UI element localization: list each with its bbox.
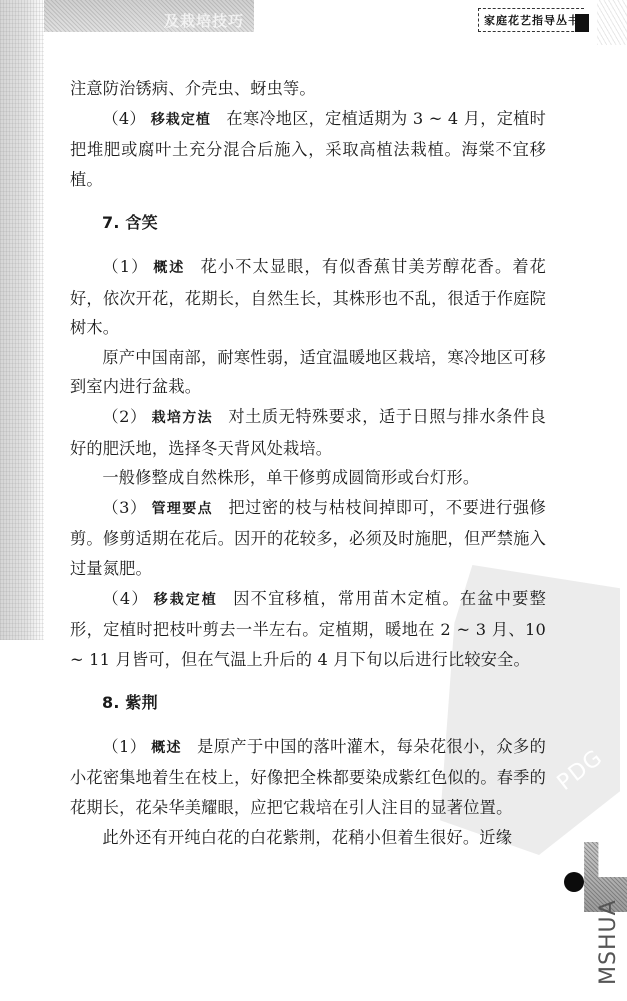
scan-noise (597, 0, 627, 45)
item-label: 栽培方法 (152, 410, 213, 426)
paragraph-transplant: （4）移栽定植因不宜移植，常用苗木定植。在盆中要整形，定植时把枝叶剪去一半左右。… (70, 584, 546, 675)
continuation-paragraph: 注意防治锈病、介壳虫、蚜虫等。 (70, 74, 546, 104)
page-corner-dot-icon (564, 872, 584, 892)
chapter-header-band: 及栽培技巧 (44, 0, 254, 32)
paragraph-cultivation: （2）栽培方法对土质无特殊要求，适于日照与排水条件良好的肥沃地，选择冬天背风处栽… (70, 402, 546, 463)
scan-left-edge-texture (0, 0, 44, 640)
series-title: 家庭花艺指导丛书 (478, 8, 584, 32)
paragraph-pruning: 一般修整成自然株形，单干修剪成圆筒形或台灯形。 (70, 463, 546, 493)
paragraph-management: （3）管理要点把过密的枝与枯枝间掉即可，不要进行强修剪。修剪适期在花后。因开的花… (70, 493, 546, 584)
item-label: 移栽定植 (151, 112, 211, 128)
item-label: 概述 (153, 260, 185, 276)
paragraph-origin: 原产中国南部，耐寒性弱，适宜温暖地区栽培，寒冷地区可移到室内进行盆栽。 (70, 343, 546, 402)
series-title-block-icon (575, 14, 589, 32)
side-watermark-label: MSHUA (596, 905, 622, 985)
page-body: 注意防治锈病、介壳虫、蚜虫等。 （4）移栽定植在寒冷地区，定植适期为 3 ~ 4… (70, 74, 546, 852)
paragraph-transplant: （4）移栽定植在寒冷地区，定植适期为 3 ~ 4 月，定植时把堆肥或腐叶土充分混… (70, 104, 546, 195)
paragraph-overview: （1）概述是原产于中国的落叶灌木，每朵花很小，众多的小花密集地着生在枝上，好像把… (70, 732, 546, 823)
item-label: 移栽定植 (154, 592, 218, 608)
item-label: 概述 (151, 740, 181, 756)
section-heading-zijing: 8. 紫荆 (70, 688, 546, 718)
section-heading-hanxiao: 7. 含笑 (70, 208, 546, 238)
chapter-header-text: 及栽培技巧 (164, 10, 244, 31)
paragraph-variety: 此外还有开纯白花的白花紫荆，花稍小但着生很好。近缘 (70, 823, 546, 853)
paragraph-overview: （1）概述花小不太显眼，有似香蕉甘美芳醇花香。着花好，依次开花，花期长，自然生长… (70, 252, 546, 343)
item-label: 管理要点 (152, 501, 213, 517)
